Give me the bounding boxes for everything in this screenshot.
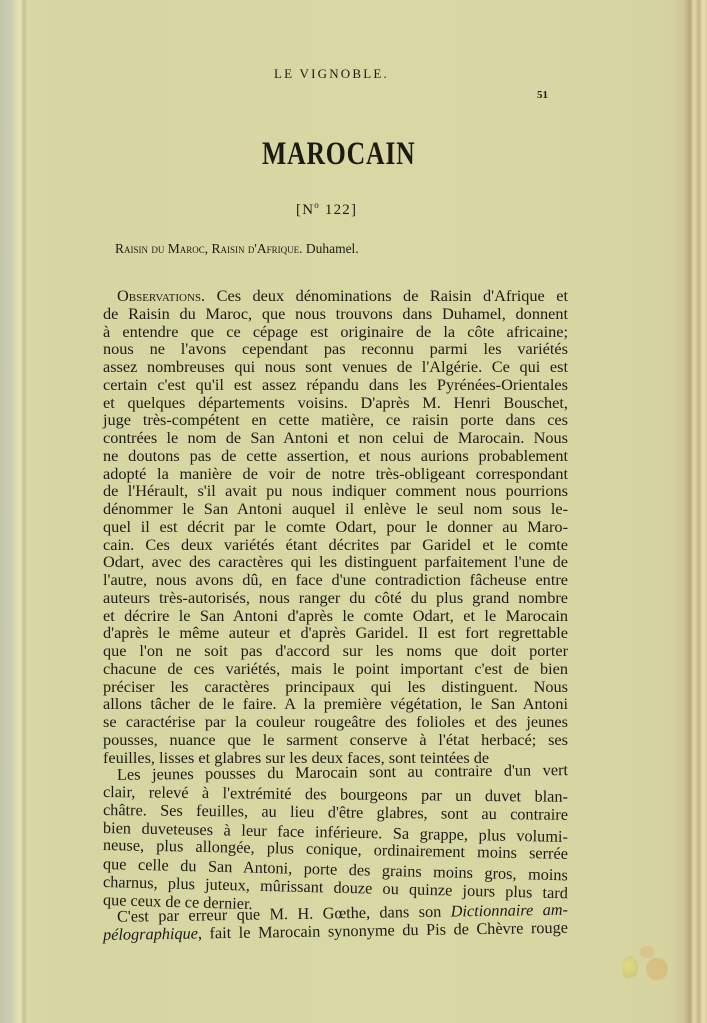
paragraph-line: et quelques départements voisins. D'aprè…	[103, 394, 568, 412]
paragraph-line: ne doutons pas de cette assertion, et no…	[103, 447, 568, 465]
page-binding-edge	[0, 0, 22, 1023]
paragraph-line: dénommer le San Antoni auquel il enlève …	[103, 500, 568, 518]
entry-number: [No 122]	[296, 200, 357, 219]
paragraph-line: adopté la manière de voir de notre très-…	[103, 465, 568, 483]
synonyms-line: Raisin du Maroc, Raisin d'Afrique. Duham…	[115, 241, 359, 257]
paragraph-line: auteurs très-autorisés, nous ranger du c…	[103, 589, 568, 607]
paragraph-line: Les jeunes pousses du Marocain sont au c…	[103, 761, 568, 784]
synonym-2: Raisin d'Afrique	[212, 241, 300, 256]
entry-number-prefix: [N	[296, 202, 314, 218]
paragraph-line: chacune de ces variétés, mais le point i…	[103, 660, 568, 678]
paragraph-line: que l'on ne soit pas d'accord sur les no…	[103, 642, 568, 660]
synonym-source: . Duhamel.	[299, 241, 359, 256]
paragraph-line: de Raisin du Maroc, que nous trouvons da…	[103, 305, 568, 323]
paragraph-line: nous ne l'avons cependant pas reconnu pa…	[103, 340, 568, 358]
entry-number-value: 122]	[320, 202, 357, 218]
paragraph-line: et décrire le San Antoni d'après le comt…	[103, 607, 568, 625]
paragraph-line: d'après le même auteur et d'après Garide…	[103, 624, 568, 642]
running-head: LE VIGNOBLE.	[274, 66, 389, 82]
paragraph-line: contrées le nom de San Antoni et non cel…	[103, 429, 568, 447]
page-number: 51	[537, 89, 548, 101]
paragraph-line: pousses, nuance que le sarment conserve …	[103, 731, 568, 749]
paragraph-line: préciser les caractères principaux qui l…	[103, 678, 568, 696]
paragraph-line: de l'Hérault, s'il avait pu nous indique…	[103, 482, 568, 500]
paragraph-line: allons tâcher de le faire. A la première…	[103, 695, 568, 713]
paragraph-line: l'autre, nous avons dû, en face d'une co…	[103, 571, 568, 589]
paragraph-line: assez nombreuses qui nous sont venues de…	[103, 358, 568, 376]
paragraph-line: cain. Ces deux variétés étant décrites p…	[103, 536, 568, 554]
paragraph-line: Observations. Ces deux dénominations de …	[103, 287, 568, 305]
paragraph-line: certain c'est qu'il est assez répandu da…	[103, 376, 568, 394]
page-gutter-shadow	[22, 0, 26, 1023]
book-title-italic: pélographique	[103, 924, 198, 944]
paragraph-line: à entendre que ce cépage est originaire …	[103, 323, 568, 341]
paragraph-line: Odart, avec des caractères qui les disti…	[103, 553, 568, 571]
paragraph-line: juge très-compétent en cette matière, ce…	[103, 411, 568, 429]
body-text: Observations. Ces deux dénominations de …	[103, 287, 568, 944]
synonym-sep: ,	[205, 241, 212, 256]
paragraph-line: se caractérise par la couleur rougeâtre …	[103, 713, 568, 731]
page-title: MAROCAIN	[262, 136, 416, 173]
synonym-1: Raisin du Maroc	[115, 241, 205, 256]
scanned-book-page: LE VIGNOBLE. 51 MAROCAIN [No 122] Raisin…	[0, 0, 707, 1023]
observations-label: Observations	[117, 286, 201, 305]
paragraph-line: quel il est décrit par le comte Odart, p…	[103, 518, 568, 536]
fruit-watermark-icon	[618, 946, 678, 986]
